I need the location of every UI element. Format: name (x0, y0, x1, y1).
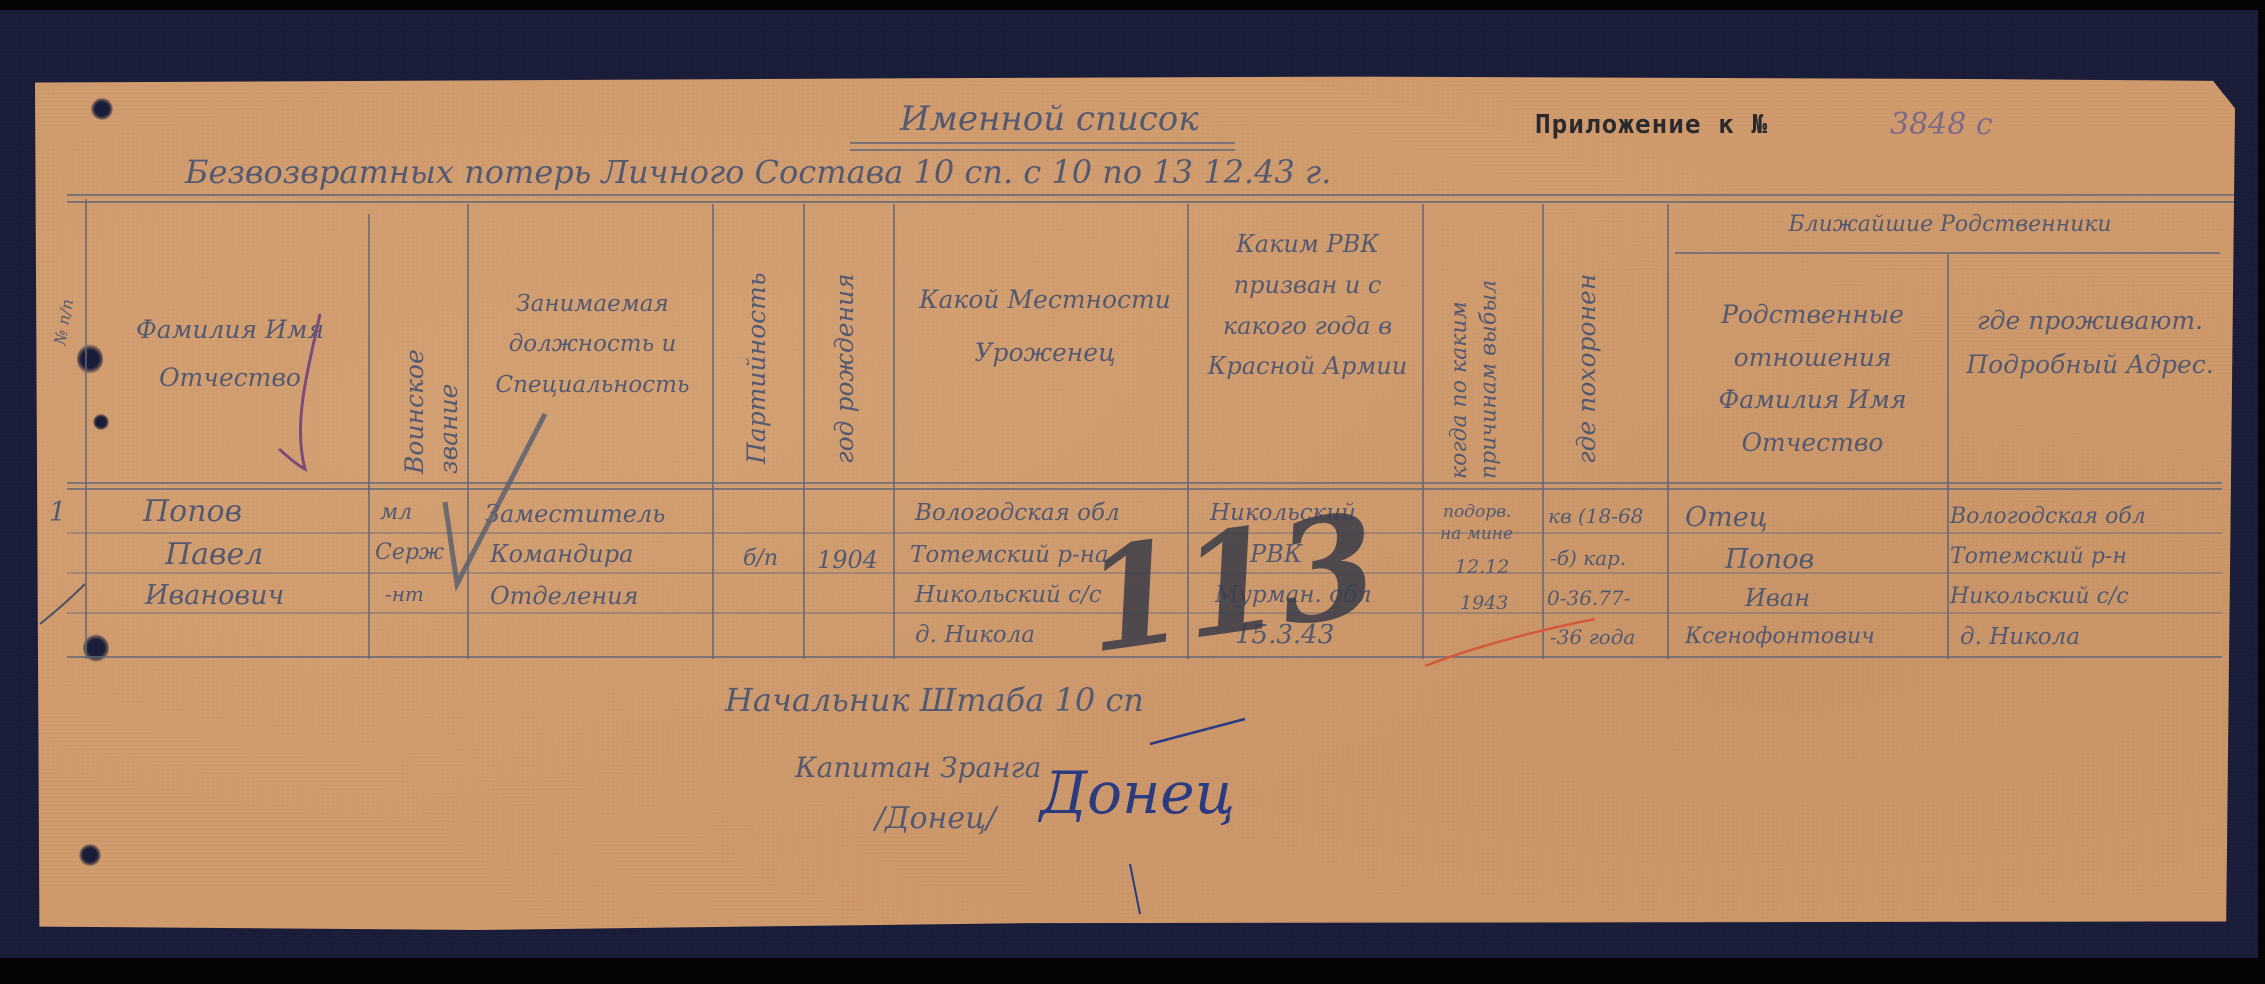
cell-buried-3: 0-36.77- (1547, 588, 1631, 608)
scan-right-border (2258, 0, 2265, 984)
header-name: Фамилия Имя Отчество (105, 306, 355, 401)
cell-birthplace-3: Никольский с/с (915, 584, 1102, 607)
row-number: 1 (49, 499, 66, 526)
header-bottom-border (67, 482, 2222, 484)
column-divider (1422, 204, 1424, 659)
cell-address-3: Никольский с/с (1950, 586, 2129, 608)
cell-when-why-2: на мине (1440, 526, 1513, 543)
cell-address-1: Вологодская обл (1950, 506, 2146, 528)
cell-when-why-4: 1943 (1460, 594, 1508, 613)
header-rank: Воинское звание (398, 274, 468, 474)
cell-relative-patronymic: Ксенофонтович (1685, 626, 1875, 648)
punch-hole (79, 844, 101, 866)
scan-top-border (0, 0, 2265, 10)
table-top-border (67, 201, 2235, 203)
cell-patronymic: Иванович (145, 582, 284, 609)
header-birth-year: год рождения (828, 234, 862, 464)
table-top-border (67, 194, 2235, 196)
document-title: Именной список (900, 102, 1199, 136)
column-divider (85, 199, 87, 659)
document-subtitle: Безвозвратных потерь Личного Состава 10 … (185, 156, 1331, 188)
column-divider (1542, 204, 1544, 659)
ink-signature: Донец (1040, 764, 1235, 822)
header-conscription: Каким РВК призван и с какого года в Крас… (1200, 224, 1415, 387)
stamp-label: Приложение к № (1535, 110, 1768, 140)
title-underline (850, 142, 1235, 144)
cell-surname: Попов (143, 497, 242, 527)
cell-relative-surname: Попов (1725, 546, 1814, 573)
signature-title-line: Начальник Штаба 10 сп (725, 684, 1144, 716)
cell-rank-3: -нт (385, 584, 424, 604)
column-divider (1947, 254, 1949, 659)
cell-address-4: д. Никола (1960, 626, 2080, 649)
header-buried: где похоронен (1570, 264, 1640, 464)
cell-position-1: Заместитель (485, 502, 665, 526)
cell-first-name: Павел (165, 540, 263, 570)
cell-buried-2: -б) кар. (1550, 548, 1626, 568)
column-divider (1667, 204, 1669, 659)
header-birthplace: Какой Местности Уроженец (915, 274, 1175, 379)
punch-hole (91, 98, 113, 120)
header-bottom-border (67, 488, 2222, 490)
attachment-number: 3848 с (1890, 110, 1993, 140)
cell-when-why-1: подорв. (1443, 504, 1511, 521)
cell-buried-4: -36 года (1550, 627, 1635, 647)
cell-birth-year: 1904 (817, 548, 878, 572)
header-relation: Родственные отношения Фамилия Имя Отчест… (1685, 294, 1940, 464)
header-address: где проживают. Подробный Адрес. (1960, 299, 2220, 387)
column-divider (803, 204, 805, 659)
cell-position-3: Отделения (490, 584, 639, 608)
document-sheet: Именной список Приложение к № 3848 с Без… (35, 74, 2235, 930)
scan-bottom-border (0, 958, 2265, 984)
signature-rank-line: Капитан Зранга (795, 754, 1041, 782)
attachment-stamp: Приложение к № (1535, 112, 1768, 138)
cell-relative-first-name: Иван (1745, 586, 1810, 610)
punch-hole (77, 344, 103, 374)
column-divider (893, 204, 895, 659)
cell-rank-2: Серж (375, 542, 444, 564)
header-relatives-group: Ближайшие Родственники (1680, 214, 2220, 236)
cell-rank-1: мл (380, 502, 412, 524)
cell-address-2: Тотемский р-н (1950, 546, 2127, 568)
column-divider (712, 204, 714, 659)
cell-when-why-3: 12.12 (1455, 558, 1509, 577)
cell-position-2: Командира (490, 542, 633, 566)
cell-buried-1: кв (18-68 (1548, 506, 1643, 526)
row-number-header: № п/п (52, 298, 76, 346)
signature-name-line: /Донец/ (875, 804, 996, 834)
header-party: Партийность (740, 234, 774, 464)
cell-relation: Отец (1685, 504, 1768, 531)
large-annotation-mark: 113 (1077, 494, 1386, 673)
header-when-why: когда по каким причинам выбыл (1445, 219, 1525, 479)
title-underline (850, 149, 1235, 151)
column-divider (368, 214, 370, 659)
punch-hole (93, 414, 109, 430)
header-position: Занимаемая должность и Специальность (480, 284, 705, 405)
cell-party: б/п (743, 548, 778, 570)
cell-birthplace-4: д. Никола (915, 624, 1035, 647)
